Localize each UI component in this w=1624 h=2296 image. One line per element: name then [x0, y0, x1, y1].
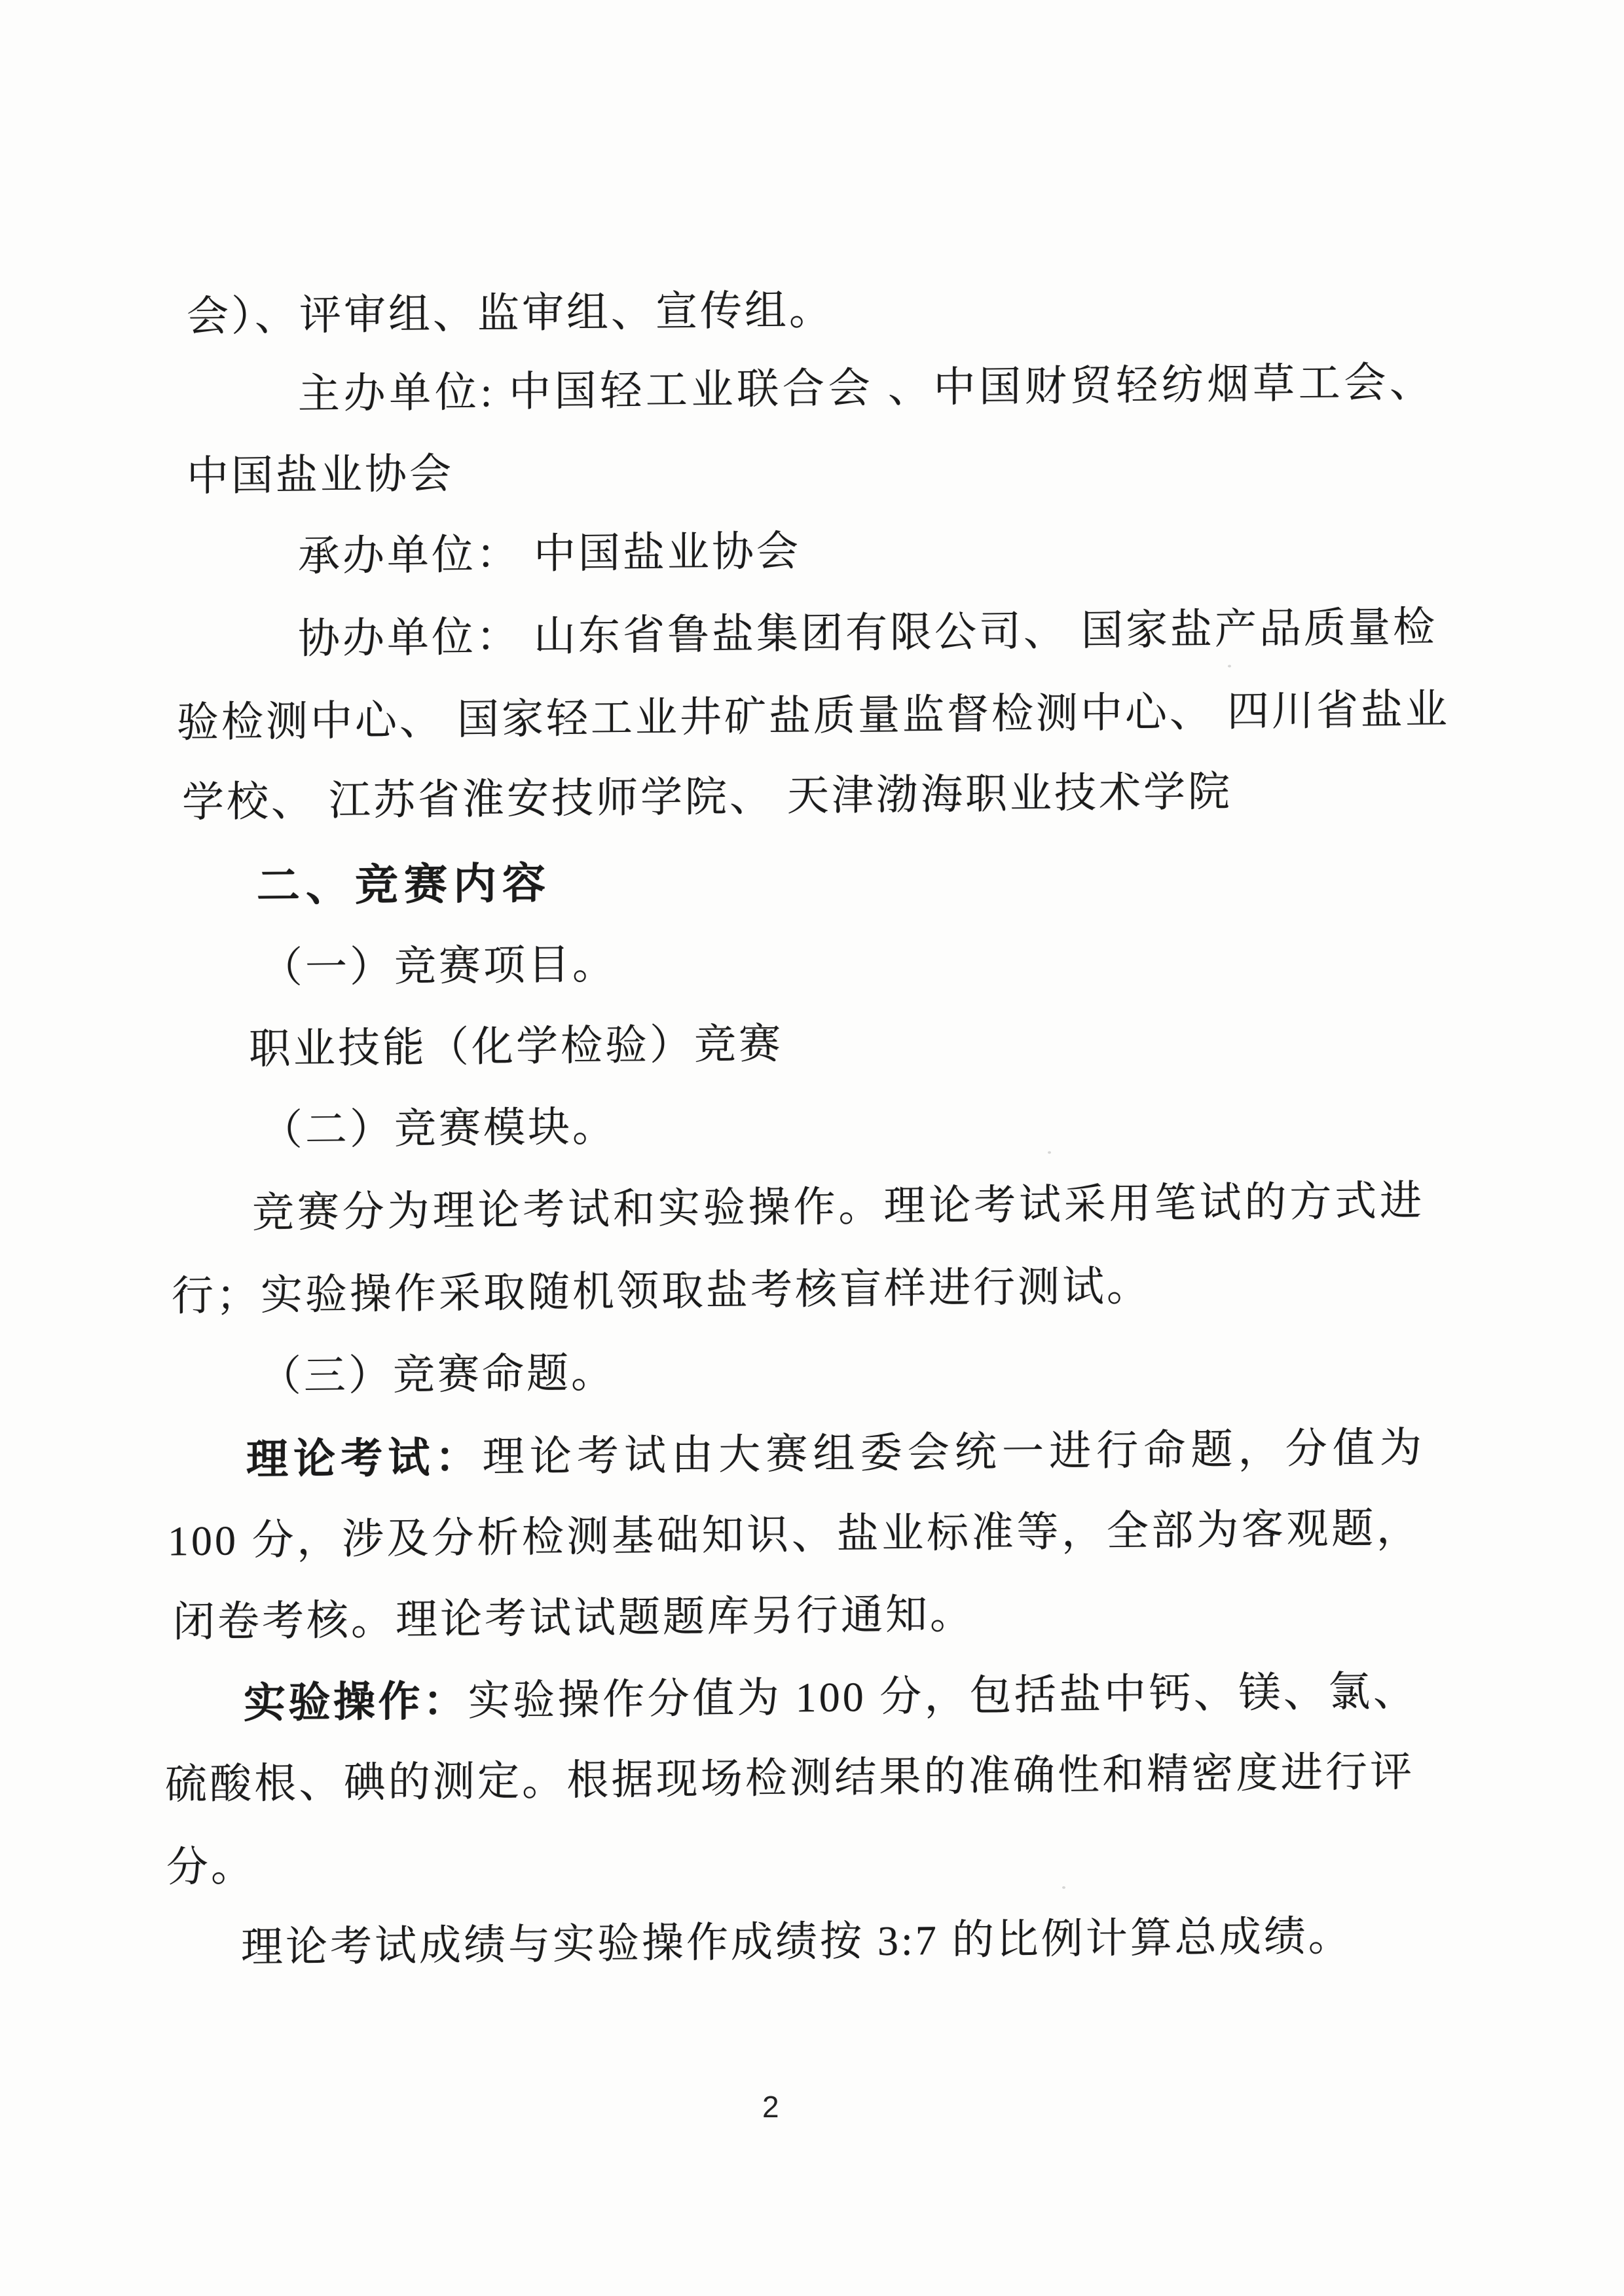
subsection-heading-competition-item: （一）竞赛项目。: [261, 939, 617, 993]
text-line: 行；实验操作采取随机领取盐考核盲样进行测试。: [172, 1262, 1151, 1322]
line-text: 实验操作分值为 100 分，包括盐中钙、镁、氯、: [468, 1667, 1418, 1724]
text-line-practical-operation: 实验操作：实验操作分值为 100 分，包括盐中钙、镁、氯、: [244, 1666, 1418, 1728]
text-line: 硫酸根、碘的测定。根据现场检测结果的准确性和精密度进行评: [165, 1747, 1414, 1810]
scan-speck: [1048, 1151, 1051, 1154]
text-line: 100 分，涉及分析检测基础知识、盐业标准等，全部为客观题，: [168, 1503, 1421, 1566]
scan-speck: [1062, 1886, 1065, 1889]
text-line: 职业技能（化学检验）竞赛: [249, 1019, 783, 1075]
text-line-co-organizer: 协办单位： 山东省鲁盐集团有限公司、 国家盐产品质量检: [298, 602, 1434, 664]
subsection-heading-competition-topics: （三）竞赛命题。: [259, 1348, 616, 1402]
text-line-score-ratio: 理论考试成绩与实验操作成绩按 3:7 的比例计算总成绩。: [241, 1912, 1353, 1973]
practical-operation-lead-label: 实验操作：: [244, 1677, 468, 1727]
text-line: 竞赛分为理论考试和实验操作。理论考试采用笔试的方式进: [252, 1176, 1424, 1238]
text-line: 验检测中心、 国家轻工业井矿盐质量监督检测中心、 四川省盐业: [177, 685, 1434, 748]
text-line-theory-exam: 理论考试：理论考试由大赛组委会统一进行命题，分值为: [246, 1422, 1424, 1485]
page-number: 2: [762, 2090, 779, 2124]
line-text: 理论考试由大赛组委会统一进行命题，分值为: [483, 1424, 1424, 1480]
text-line: 分。: [166, 1842, 255, 1892]
scan-speck: [1228, 665, 1231, 667]
text-line-organizer: 主办单位: 中国轻工业联合会 、中国财贸轻纺烟草工会、: [298, 357, 1434, 419]
text-line: 学校、 江苏省淮安技师学院、 天津渤海职业技术学院: [182, 767, 1232, 828]
scanned-text-block: 会）、评审组、监审组、宣传组。 主办单位: 中国轻工业联合会 、中国财贸轻纺烟草…: [0, 0, 1624, 2296]
theory-exam-lead-label: 理论考试：: [246, 1433, 483, 1483]
text-line-undertaker: 承办单位： 中国盐业协会: [298, 526, 801, 581]
subsection-heading-competition-module: （二）竞赛模块。: [261, 1102, 617, 1156]
document-page: 会）、评审组、监审组、宣传组。 主办单位: 中国轻工业联合会 、中国财贸轻纺烟草…: [0, 0, 1624, 2296]
text-line: 会）、评审组、监审组、宣传组。: [187, 285, 834, 342]
text-line: 中国盐业协会: [187, 449, 454, 501]
text-line: 闭卷考核。理论考试试题题库另行通知。: [173, 1590, 974, 1648]
section-heading-competition-content: 二、竞赛内容: [257, 858, 551, 911]
